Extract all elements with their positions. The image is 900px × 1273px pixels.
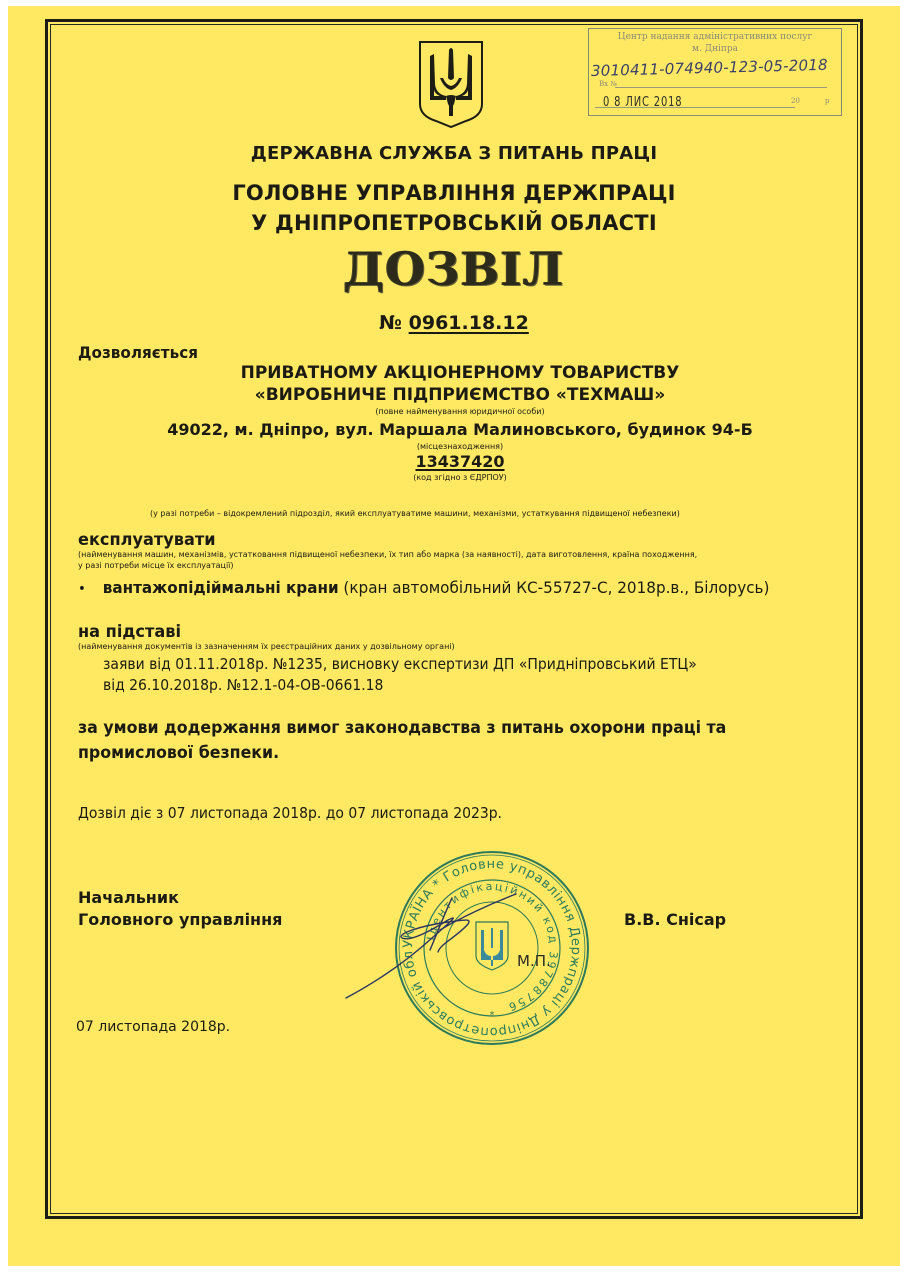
signer-name: В.В. Снісар xyxy=(624,910,726,929)
stamp-city: м. Дніпра xyxy=(589,44,841,54)
org-name-line: «ВИРОБНИЧЕ ПІДПРИЄМСТВО «ТЕХМАШ» xyxy=(56,384,864,406)
seal-trident-icon xyxy=(476,922,508,970)
address-caption: (місцезнаходження) xyxy=(56,442,864,451)
directorate-line: У ДНІПРОПЕТРОВСЬКІЙ ОБЛАСТІ xyxy=(50,208,858,238)
signer-title: Начальник xyxy=(78,888,179,907)
condition-text: промислової безпеки. xyxy=(78,741,279,766)
bullet-icon: • xyxy=(78,581,103,597)
basis-caption: (найменування документів із зазначенням … xyxy=(78,642,455,651)
basis-document-line: заяви від 01.11.2018р. №1235, висновку е… xyxy=(103,655,697,673)
official-seal-icon: УКРАЇНА * Головне управління Держпраці у… xyxy=(392,848,592,1048)
trident-icon xyxy=(416,38,486,130)
basis-label: на підставі xyxy=(78,622,181,642)
org-name-line: ПРИВАТНОМУ АКЦІОНЕРНОМУ ТОВАРИСТВУ xyxy=(56,362,864,384)
stamp-organization: Центр надання адміністративних послуг xyxy=(589,32,841,42)
document-title: ДОЗВІЛ xyxy=(50,242,858,296)
stamp-divider xyxy=(615,87,827,88)
stamp-registration-number: 3010411-074940-123-05-2018 xyxy=(591,55,841,80)
directorate-line: ГОЛОВНЕ УПРАВЛІННЯ ДЕРЖПРАЦІ xyxy=(50,178,858,208)
edrpou-code: 13437420 xyxy=(56,452,864,471)
edrpou-value: 13437420 xyxy=(415,452,504,471)
org-name-caption: (повне найменування юридичної особи) xyxy=(56,407,864,416)
equipment-details: (кран автомобільний КС-55727-С, 2018р.в.… xyxy=(339,578,770,597)
number-value: 0961.18.12 xyxy=(409,312,529,334)
basis-document-line: від 26.10.2018р. №12.1-04-ОВ-0661.18 xyxy=(103,676,383,694)
signer-title: Головного управління xyxy=(78,910,282,929)
equipment-list-item: •вантажопідіймальні крани (кран автомобі… xyxy=(78,578,769,597)
condition-text: за умови додержання вимог законодавства … xyxy=(78,716,726,741)
reception-stamp: Центр надання адміністративних послуг м.… xyxy=(588,28,842,116)
operate-caption: (найменування машин, механізмів, устатко… xyxy=(78,550,697,559)
agency-name: ДЕРЖАВНА СЛУЖБА З ПИТАНЬ ПРАЦІ xyxy=(50,143,858,164)
validity-period: Дозвіл діє з 07 листопада 2018р. до 07 л… xyxy=(78,804,502,822)
number-prefix: № xyxy=(379,312,402,334)
seal-star: * xyxy=(490,1010,495,1021)
allowed-label: Дозволяється xyxy=(78,343,198,362)
equipment-name: вантажопідіймальні крани xyxy=(103,578,339,597)
stamp-r-suffix: р xyxy=(825,97,829,105)
edrpou-caption: (код згідно з ЄДРПОУ) xyxy=(56,473,864,482)
subdivision-caption: (у разі потреби – відокремлений підрозді… xyxy=(150,509,680,518)
operate-caption: у разі потреби місце їх експлуатації) xyxy=(78,561,234,570)
stamp-place-label: М.П. xyxy=(517,952,551,970)
permit-number: № 0961.18.12 xyxy=(50,312,858,334)
stamp-divider xyxy=(595,107,795,108)
org-address: 49022, м. Дніпро, вул. Маршала Малиновсь… xyxy=(56,420,864,439)
directorate-name: ГОЛОВНЕ УПРАВЛІННЯ ДЕРЖПРАЦІ У ДНІПРОПЕТ… xyxy=(50,178,858,238)
signature-date: 07 листопада 2018р. xyxy=(76,1019,230,1035)
operate-label: експлуатувати xyxy=(78,530,216,550)
stamp-year-suffix: 20 xyxy=(791,97,800,105)
